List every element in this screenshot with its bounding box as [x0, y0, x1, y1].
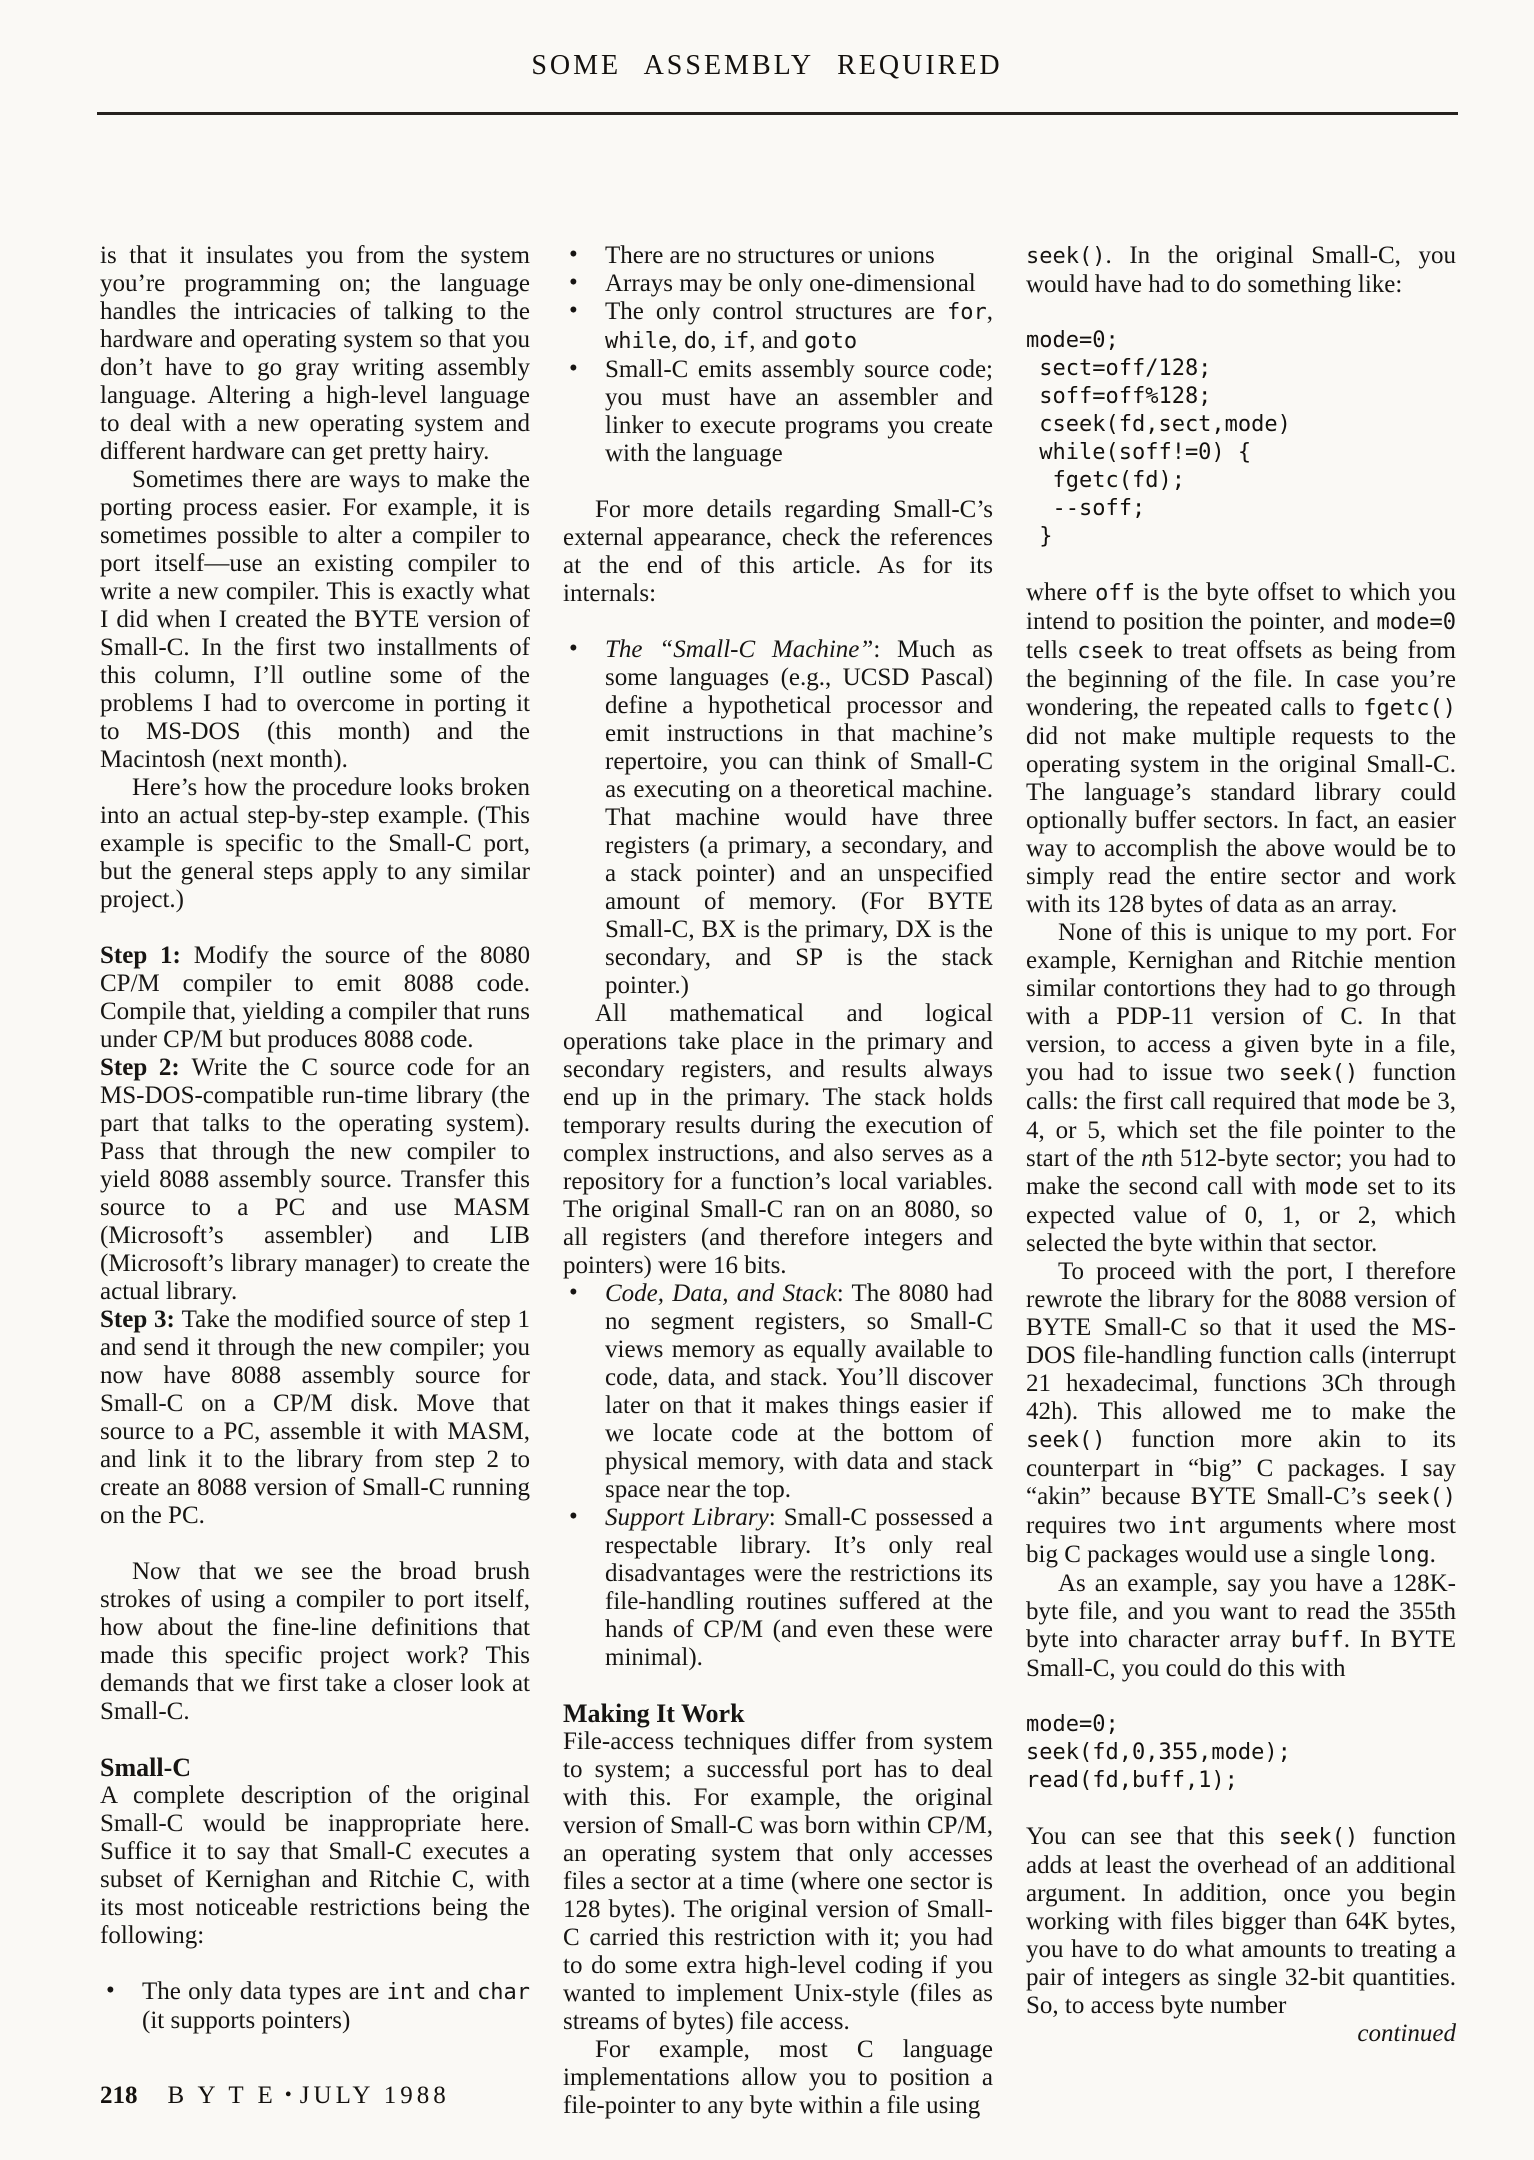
- paragraph: File-access techniques differ from syste…: [563, 1728, 993, 2036]
- text-run: To proceed with the port, I therefore re…: [1026, 1258, 1456, 1425]
- bullet-text: There are no structures or unions: [605, 242, 935, 269]
- text-run: Support Library: [605, 1504, 769, 1531]
- text-run: continued: [1357, 2020, 1456, 2047]
- bullet-icon: •: [569, 269, 578, 297]
- paragraph: None of this is unique to my port. For e…: [1026, 919, 1456, 1258]
- bullet-icon: •: [569, 1279, 578, 1307]
- page-number: 218: [100, 2082, 138, 2109]
- inline-code: do: [684, 329, 711, 354]
- bullet-icon: •: [106, 1977, 115, 2005]
- inline-code: mode=0: [1377, 610, 1456, 635]
- paragraph: You can see that this seek() function ad…: [1026, 1823, 1456, 2020]
- inline-code: fgetc(): [1363, 696, 1456, 721]
- inline-code: mode: [1347, 1090, 1400, 1115]
- text-run: .: [1430, 1541, 1436, 1568]
- inline-code: if: [723, 329, 750, 354]
- text-run: Here’s how the procedure looks broken in…: [100, 774, 530, 913]
- text-run: Write the C source code for an MS-DOS-co…: [100, 1054, 530, 1305]
- text-run: There are no structures or unions: [605, 242, 935, 269]
- bullet-text: Support Library: Small-C possessed a res…: [605, 1504, 993, 1671]
- text-run: All mathematical and logical operations …: [563, 1000, 993, 1279]
- text-run: : Much as some languages (e.g., UCSD Pas…: [605, 636, 993, 999]
- text-run: For more details regarding Small-C’s ext…: [563, 496, 993, 607]
- paragraph: To proceed with the port, I therefore re…: [1026, 1258, 1456, 1570]
- bullet-text: Arrays may be only one-dimensional: [605, 270, 976, 297]
- spacer: [100, 1726, 530, 1754]
- bullet-item: •The “Small-C Machine”: Much as some lan…: [563, 636, 993, 1000]
- spacer: [100, 914, 530, 942]
- magazine-name: B Y T E: [168, 2082, 277, 2109]
- magazine-page: SOME ASSEMBLY REQUIRED is that it insula…: [0, 0, 1534, 2160]
- paragraph: As an example, say you have a 128K-byte …: [1026, 1570, 1456, 1683]
- paragraph: Now that we see the broad brush strokes …: [100, 1558, 530, 1726]
- text-run: Sometimes there are ways to make the por…: [100, 466, 530, 773]
- inline-code: seek(): [1026, 244, 1105, 269]
- continued-label: continued: [1026, 2020, 1456, 2048]
- paragraph: is that it insulates you from the system…: [100, 242, 530, 466]
- inline-code: seek(): [1026, 1428, 1105, 1453]
- text-run: is that it insulates you from the system…: [100, 242, 530, 465]
- inline-code: buff: [1291, 1628, 1344, 1653]
- column-middle: •There are no structures or unions•Array…: [563, 242, 993, 2120]
- bullet-icon: •: [569, 297, 578, 325]
- spacer: [563, 1672, 993, 1700]
- text-run: n: [1141, 1145, 1154, 1172]
- spacer: [1026, 551, 1456, 579]
- page-footer: 218B Y T E•JULY 1988: [100, 2082, 450, 2110]
- footer-separator-icon: •: [285, 2084, 292, 2106]
- issue-date: JULY 1988: [300, 2082, 450, 2109]
- inline-code: off: [1095, 581, 1135, 606]
- bullet-item: •There are no structures or unions: [563, 242, 993, 270]
- inline-code: int: [1168, 1514, 1208, 1539]
- bullet-text: The only data types are int and char (it…: [142, 1978, 530, 2034]
- inline-code: char: [477, 1980, 530, 2005]
- inline-code: seek(): [1279, 1061, 1358, 1086]
- text-run: tells: [1026, 637, 1077, 664]
- paragraph: For more details regarding Small-C’s ext…: [563, 496, 993, 608]
- section-heading: Small-C: [100, 1754, 530, 1782]
- text-run: Take the modified source of step 1 and s…: [100, 1306, 530, 1529]
- text-run: Making It Work: [563, 1699, 745, 1728]
- paragraph: Step 3: Take the modified source of step…: [100, 1306, 530, 1530]
- inline-code: seek(): [1377, 1485, 1456, 1510]
- text-run: Small-C: [100, 1753, 191, 1782]
- text-run: : The 8080 had no segment registers, so …: [605, 1280, 993, 1503]
- bullet-text: The “Small-C Machine”: Much as some lang…: [605, 636, 993, 999]
- text-run: The only control structures are: [605, 298, 947, 325]
- header-rule: [97, 112, 1458, 115]
- text-run: did not make multiple requests to the op…: [1026, 723, 1456, 918]
- paragraph: A complete description of the original S…: [100, 1782, 530, 1950]
- bullet-text: Code, Data, and Stack: The 8080 had no s…: [605, 1280, 993, 1503]
- text-run: (it supports pointers): [142, 2007, 350, 2034]
- text-run: requires two: [1026, 1512, 1168, 1539]
- column-left: is that it insulates you from the system…: [100, 242, 530, 2120]
- inline-code: for: [947, 300, 987, 325]
- paragraph: All mathematical and logical operations …: [563, 1000, 993, 1280]
- bullet-item: •Support Library: Small-C possessed a re…: [563, 1504, 993, 1672]
- paragraph: Step 1: Modify the source of the 8080 CP…: [100, 942, 530, 1054]
- code-block: mode=0; seek(fd,0,355,mode); read(fd,buf…: [1026, 1711, 1456, 1795]
- text-run: Code, Data, and Stack: [605, 1280, 837, 1307]
- text-run: Step 3:: [100, 1306, 182, 1333]
- text-run: Now that we see the broad brush strokes …: [100, 1558, 530, 1725]
- spacer: [563, 608, 993, 636]
- text-run: The only data types are: [142, 1978, 387, 2005]
- paragraph: where off is the byte offset to which yo…: [1026, 579, 1456, 919]
- text-run: function adds at least the overhead of a…: [1026, 1823, 1456, 2019]
- spacer: [100, 1530, 530, 1558]
- inline-code: while: [605, 329, 671, 354]
- text-run: Small-C emits assembly source code; you …: [605, 356, 993, 467]
- text-run: ,: [987, 298, 993, 325]
- paragraph: Here’s how the procedure looks broken in…: [100, 774, 530, 914]
- spacer: [1026, 299, 1456, 327]
- spacer: [100, 1950, 530, 1978]
- spacer: [1026, 1683, 1456, 1711]
- bullet-item: •The only data types are int and char (i…: [100, 1978, 530, 2035]
- inline-code: goto: [804, 329, 857, 354]
- bullet-icon: •: [569, 635, 578, 663]
- text-run: File-access techniques differ from syste…: [563, 1728, 993, 2035]
- code-block: mode=0; sect=off/128; soff=off%128; csee…: [1026, 327, 1456, 551]
- text-run: where: [1026, 579, 1095, 606]
- paragraph: Step 2: Write the C source code for an M…: [100, 1054, 530, 1306]
- text-run: You can see that this: [1026, 1823, 1279, 1850]
- bullet-text: The only control structures are for, whi…: [605, 298, 993, 354]
- text-run: Step 2:: [100, 1054, 191, 1081]
- paragraph: seek(). In the original Small-C, you wou…: [1026, 242, 1456, 299]
- bullet-icon: •: [569, 355, 578, 383]
- bullet-icon: •: [569, 241, 578, 269]
- paragraph: For example, most C language implementat…: [563, 2036, 993, 2120]
- inline-code: int: [387, 1980, 427, 2005]
- section-heading: Making It Work: [563, 1700, 993, 1728]
- bullet-icon: •: [569, 1503, 578, 1531]
- spacer: [563, 468, 993, 496]
- column-right: seek(). In the original Small-C, you wou…: [1026, 242, 1456, 2120]
- text-run: ,: [671, 327, 684, 354]
- paragraph: Sometimes there are ways to make the por…: [100, 466, 530, 774]
- bullet-item: •Code, Data, and Stack: The 8080 had no …: [563, 1280, 993, 1504]
- bullet-text: Small-C emits assembly source code; you …: [605, 356, 993, 467]
- bullet-item: •Small-C emits assembly source code; you…: [563, 356, 993, 468]
- inline-code: mode: [1305, 1175, 1358, 1200]
- text-run: Step 1:: [100, 942, 194, 969]
- bullet-item: •Arrays may be only one-dimensional: [563, 270, 993, 298]
- article-columns: is that it insulates you from the system…: [100, 242, 1456, 2120]
- text-run: Arrays may be only one-dimensional: [605, 270, 976, 297]
- bullet-item: •The only control structures are for, wh…: [563, 298, 993, 356]
- text-run: For example, most C language implementat…: [563, 2036, 993, 2119]
- inline-code: long: [1377, 1543, 1430, 1568]
- text-run: The “Small-C Machine”: [605, 636, 873, 663]
- text-run: and: [426, 1978, 477, 2005]
- text-run: , and: [749, 327, 804, 354]
- page-header-title: SOME ASSEMBLY REQUIRED: [0, 50, 1534, 82]
- text-run: A complete description of the original S…: [100, 1782, 530, 1949]
- text-run: ,: [710, 327, 723, 354]
- inline-code: cseek: [1077, 639, 1143, 664]
- spacer: [1026, 1795, 1456, 1823]
- inline-code: seek(): [1279, 1825, 1358, 1850]
